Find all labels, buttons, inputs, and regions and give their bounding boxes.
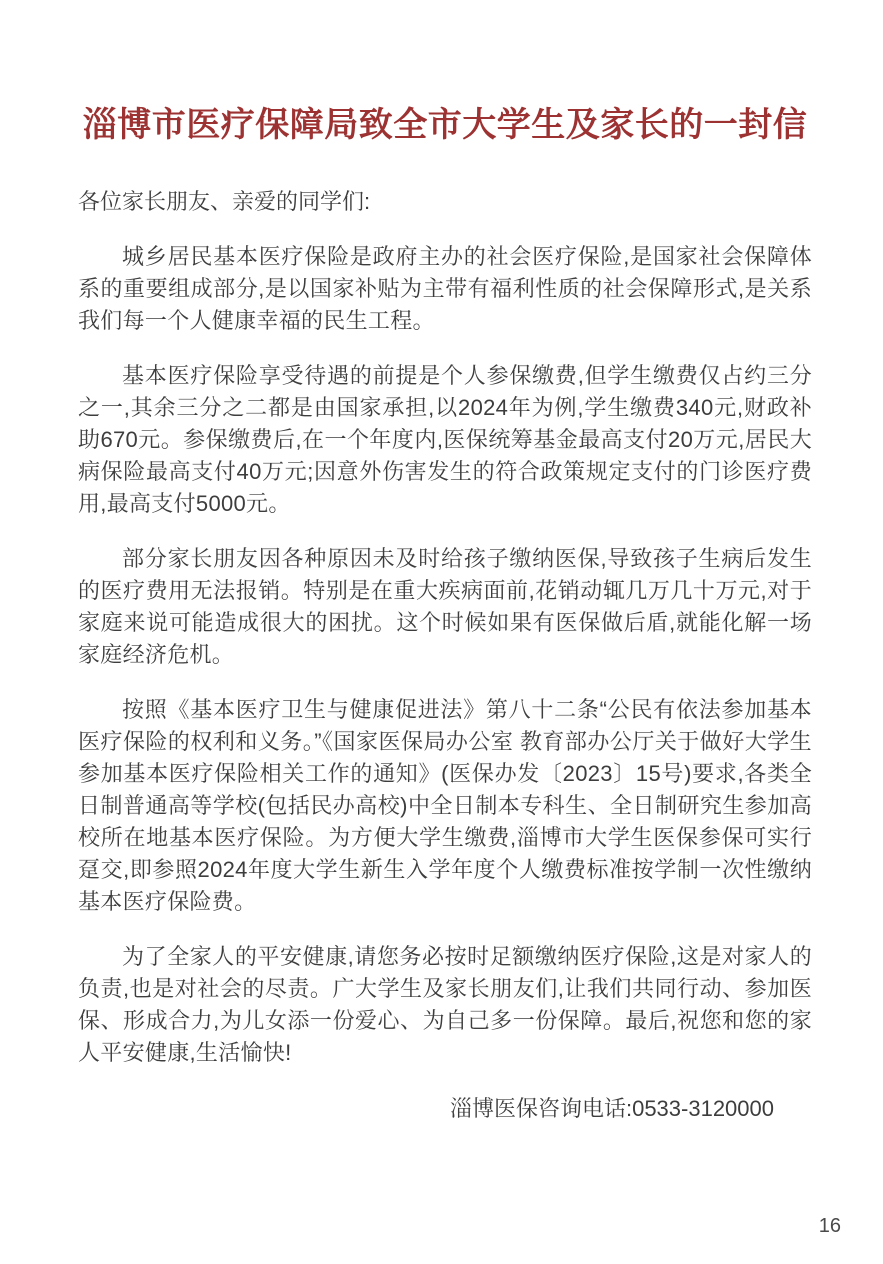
body-paragraph-1: 城乡居民基本医疗保险是政府主办的社会医疗保险,是国家社会保障体系的重要组成部分,… [78,241,812,337]
body-paragraph-3: 部分家长朋友因各种原因未及时给孩子缴纳医保,导致孩子生病后发生的医疗费用无法报销… [78,543,812,671]
letter-page: 淄博市医疗保障局致全市大学生及家长的一封信 各位家长朋友、亲爱的同学们: 城乡居… [0,0,883,1264]
salutation: 各位家长朋友、亲爱的同学们: [78,186,812,218]
contact-phone-line: 淄博医保咨询电话:0533-3120000 [78,1093,774,1125]
letter-title: 淄博市医疗保障局致全市大学生及家长的一封信 [78,100,812,152]
body-paragraph-5: 为了全家人的平安健康,请您务必按时足额缴纳医疗保险,这是对家人的负责,也是对社会… [78,941,812,1069]
page-number: 16 [819,1214,841,1238]
letter-content: 淄博市医疗保障局致全市大学生及家长的一封信 各位家长朋友、亲爱的同学们: 城乡居… [78,0,812,1125]
body-paragraph-4: 按照《基本医疗卫生与健康促进法》第八十二条“公民有依法参加基本医疗保险的权利和义… [78,694,812,918]
body-paragraph-2: 基本医疗保险享受待遇的前提是个人参保缴费,但学生缴费仅占约三分之一,其余三分之二… [78,360,812,520]
